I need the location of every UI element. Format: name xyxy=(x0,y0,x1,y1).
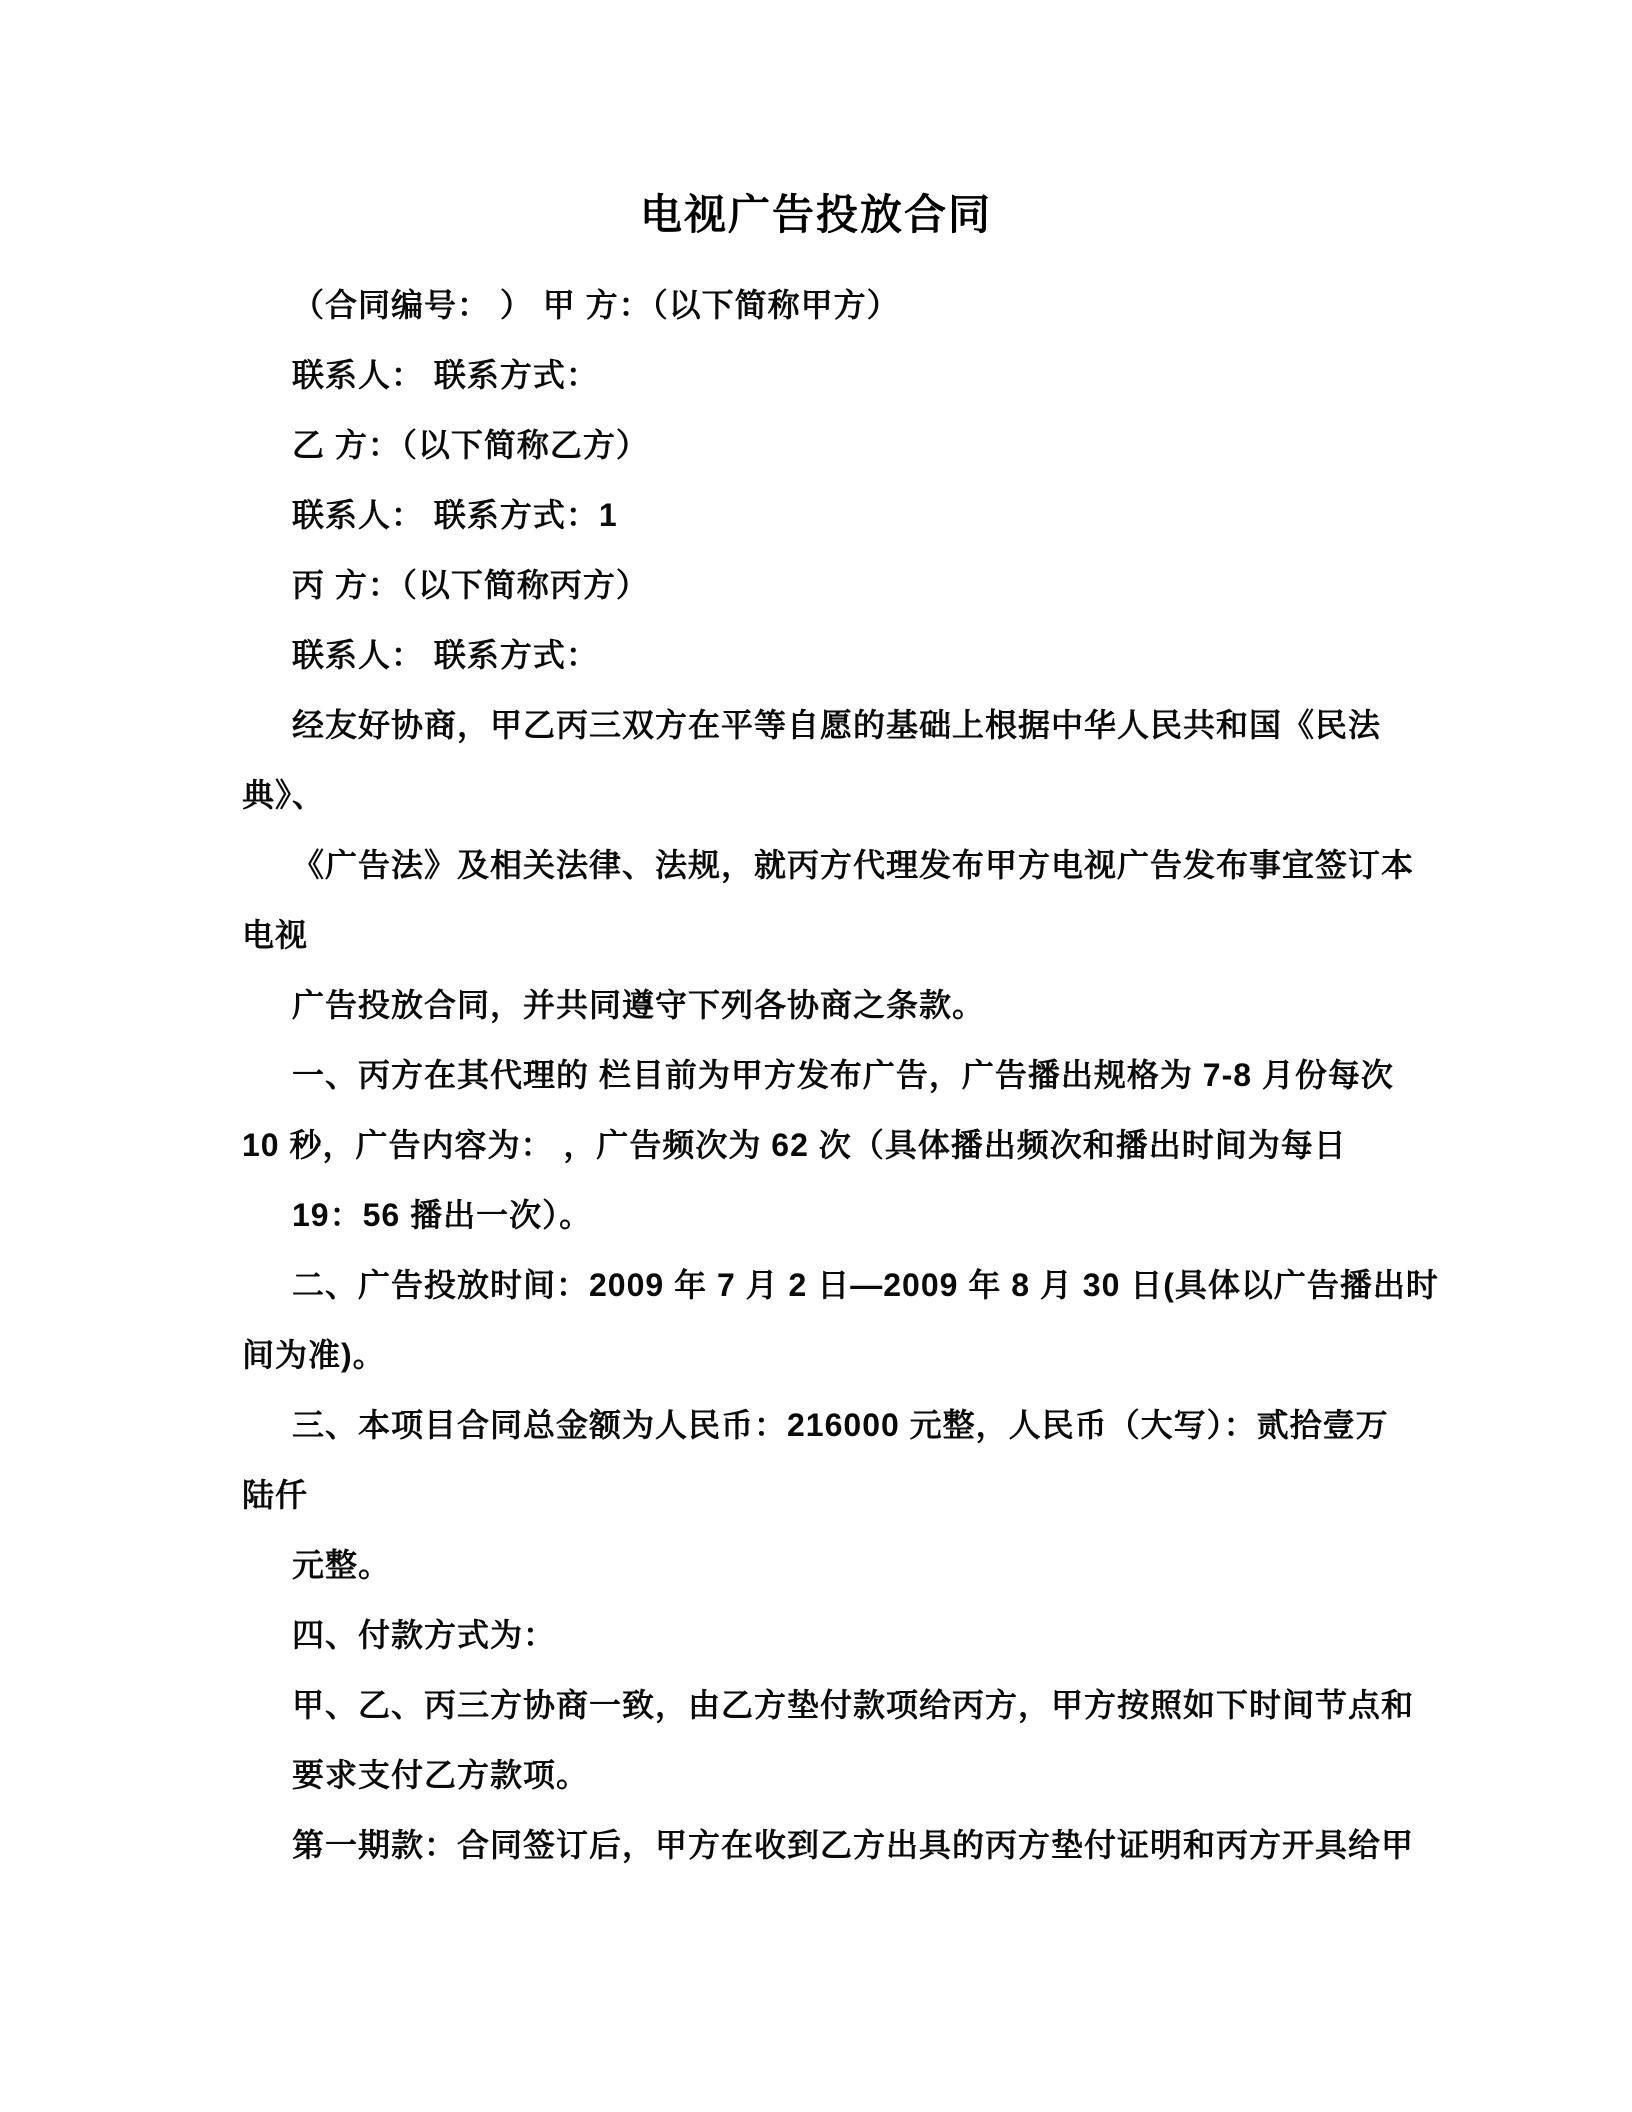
document-line: 广告投放合同，并共同遵守下列各协商之条款。 xyxy=(242,970,1392,1040)
document-line: 《广告法》及相关法律、法规，就丙方代理发布甲方电视广告发布事宜签订本 xyxy=(242,830,1392,900)
document-line: 联系人： 联系方式：1 xyxy=(242,480,1392,550)
document-line: 乙 方：（以下简称乙方） xyxy=(242,410,1392,480)
document-line: 要求支付乙方款项。 xyxy=(242,1740,1392,1810)
document-line: 陆仟 xyxy=(242,1460,1392,1530)
document-title: 电视广告投放合同 xyxy=(0,186,1632,244)
document-line: 甲、乙、丙三方协商一致，由乙方垫付款项给丙方，甲方按照如下时间节点和 xyxy=(242,1670,1392,1740)
document-line: 间为准)。 xyxy=(242,1320,1392,1390)
document-line: 联系人： 联系方式： xyxy=(242,620,1392,690)
document-line: 元整。 xyxy=(242,1530,1392,1600)
document-line: 四、付款方式为： xyxy=(242,1600,1392,1670)
document-line: 丙 方：（以下简称丙方） xyxy=(242,550,1392,620)
document-line: 三、本项目合同总金额为人民币：216000 元整，人民币（大写）：贰拾壹万 xyxy=(242,1390,1392,1460)
document-line: 二、广告投放时间：2009 年 7 月 2 日—2009 年 8 月 30 日(… xyxy=(242,1250,1392,1320)
document-line: 第一期款：合同签订后，甲方在收到乙方出具的丙方垫付证明和丙方开具给甲 xyxy=(242,1810,1392,1880)
document-page: 电视广告投放合同 （合同编号： ） 甲 方：（以下简称甲方）联系人： 联系方式：… xyxy=(0,0,1632,2112)
document-line: （合同编号： ） 甲 方：（以下简称甲方） xyxy=(242,270,1392,340)
document-line: 典》、 xyxy=(242,760,1392,830)
document-line: 19：56 播出一次）。 xyxy=(242,1180,1392,1250)
document-line: 一、丙方在其代理的 栏目前为甲方发布广告，广告播出规格为 7-8 月份每次 xyxy=(242,1040,1392,1110)
document-line: 电视 xyxy=(242,900,1392,970)
document-line: 联系人： 联系方式： xyxy=(242,340,1392,410)
document-line: 10 秒，广告内容为： ，广告频次为 62 次（具体播出频次和播出时间为每日 xyxy=(242,1110,1392,1180)
document-body: （合同编号： ） 甲 方：（以下简称甲方）联系人： 联系方式：乙 方：（以下简称… xyxy=(242,270,1392,1880)
document-line: 经友好协商，甲乙丙三双方在平等自愿的基础上根据中华人民共和国《民法 xyxy=(242,690,1392,760)
